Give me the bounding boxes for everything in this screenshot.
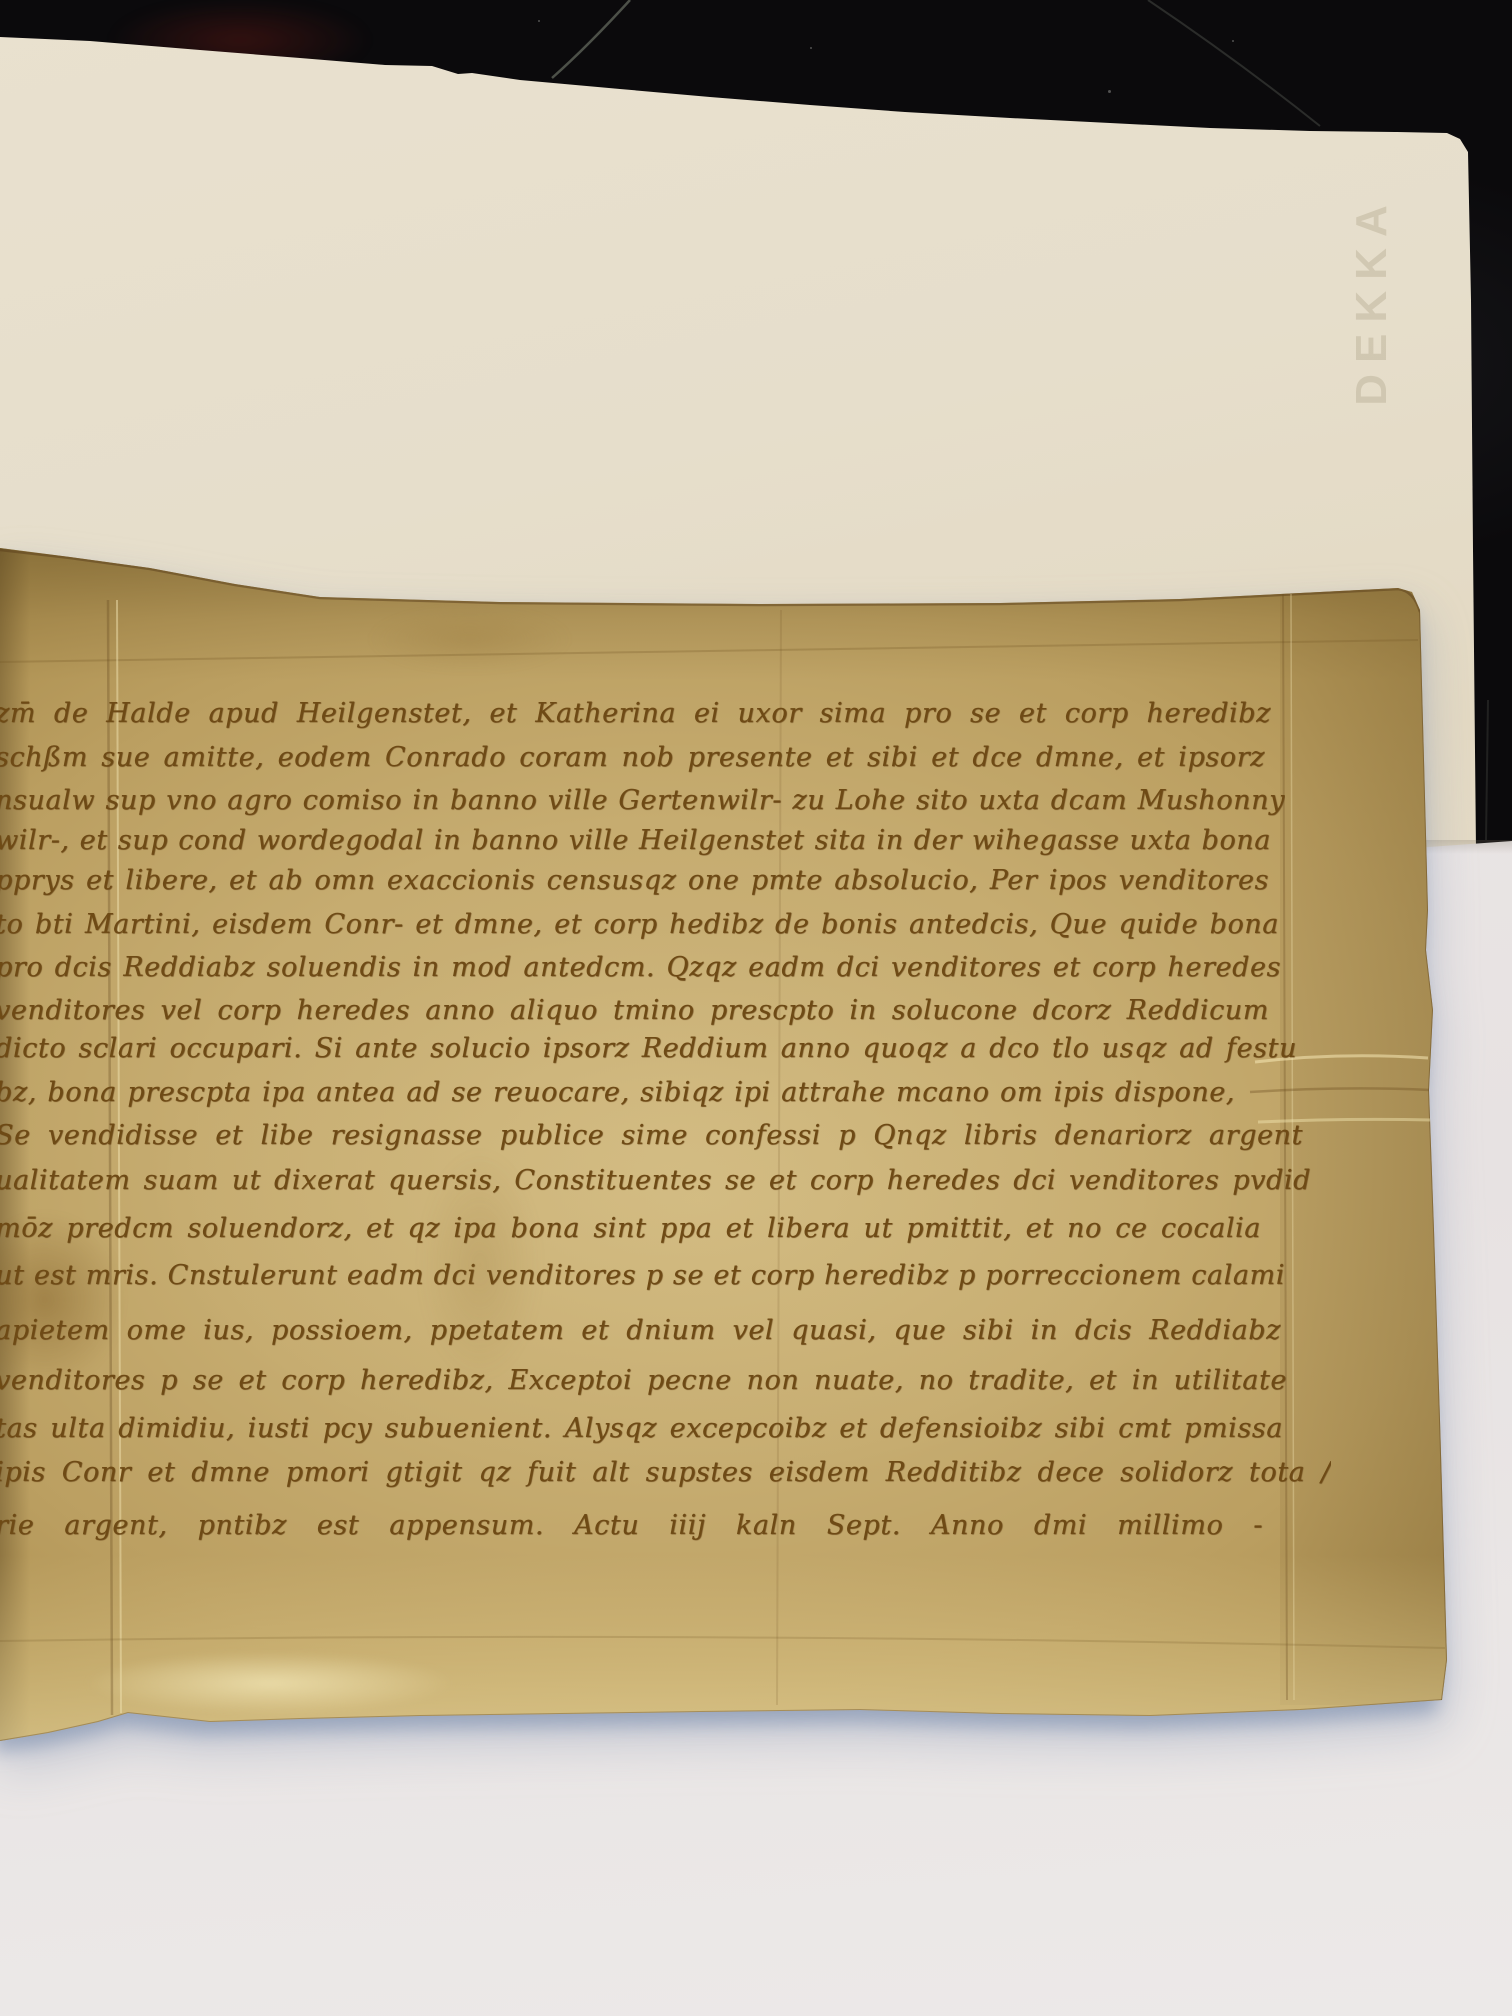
manuscript-line: bz, bona prescpta ipa antea ad se reuoca…: [0, 1075, 1235, 1115]
paper-sheet-top: [0, 0, 1512, 1150]
parchment-center-light: [140, 920, 1260, 1480]
manuscript-text: zm̄ de Halde apud Heilgenstet, et Kather…: [0, 0, 1512, 2016]
table-reflection-red: [110, 0, 370, 80]
parchment-bottom-fold-shade: [0, 1555, 1450, 1745]
manuscript-line: zm̄ de Halde apud Heilgenstet, et Kather…: [0, 696, 1271, 736]
burner-ring-arcs: [0, 0, 1512, 2016]
manuscript-line: wilr-, et sup cond wordegodal in banno v…: [0, 823, 1271, 863]
manuscript-line: venditores p se et corp heredibz, Except…: [0, 1363, 1287, 1403]
manuscript-line: ipis Conr et dmne pmori gtigit qz fuit a…: [0, 1455, 1331, 1495]
parchment-stain: [0, 1212, 125, 1387]
dust-speck: [538, 20, 540, 22]
dust-speck: [810, 47, 812, 49]
parchment-left-edge-shade: [0, 545, 30, 1745]
manuscript-line: ualitatem suam ut dixerat quersis, Const…: [0, 1163, 1311, 1203]
parchment-shadow: zm̄ de Halde apud Heilgenstet, et Kather…: [0, 0, 1512, 2016]
manuscript-line: venditores vel corp heredes anno aliquo …: [0, 993, 1269, 1033]
parchment-stain: [370, 608, 570, 670]
paper-sheet-bottom-edge-shadow: [1402, 840, 1512, 854]
parchment-creases: [0, 0, 1512, 2016]
table-surface: [0, 0, 1512, 2016]
manuscript-line: mōz predcm soluendorz, et qz ipa bona si…: [0, 1211, 1261, 1251]
manuscript-line: pprys et libere, et ab omn exaccionis ce…: [0, 863, 1269, 903]
manuscript-line: schßm sue amitte, eodem Conrado coram no…: [0, 740, 1265, 780]
parchment: zm̄ de Halde apud Heilgenstet, et Kather…: [0, 0, 1512, 2016]
parchment-top-fold-shade: [0, 545, 1450, 680]
parchment-bottom-shine: [85, 1652, 455, 1714]
manuscript-line: Se vendidisse et libe resignasse publice…: [0, 1118, 1303, 1158]
dust-speck: [1232, 40, 1234, 42]
parchment-right-shade: [1280, 590, 1450, 1705]
parchment-stain: [420, 1150, 540, 1380]
manuscript-line: tas ulta dimidiu, iusti pcy subuenient. …: [0, 1411, 1283, 1451]
manuscript-line: to bti Martini, eisdem Conr- et dmne, et…: [0, 907, 1279, 947]
manuscript-line: dicto sclari occupari. Si ante solucio i…: [0, 1031, 1297, 1071]
manuscript-line: nsualw sup vno agro comiso in banno vill…: [0, 783, 1285, 823]
dust-speck: [1108, 90, 1111, 93]
manuscript-line: rie argent, pntibz est appensum. Actu ii…: [0, 1508, 1263, 1548]
paper-watermark: DEKKA: [1340, 170, 1404, 430]
photo-scene: DEKKA: [0, 0, 1512, 2016]
manuscript-line: pro dcis Reddiabz soluendis in mod anted…: [0, 950, 1281, 990]
paper-sheet-bottom: [0, 0, 1512, 2016]
manuscript-line: apietem ome ius, possioem, ppetatem et d…: [0, 1313, 1281, 1353]
manuscript-line: ut est mris. Cnstulerunt eadm dci vendit…: [0, 1258, 1285, 1298]
